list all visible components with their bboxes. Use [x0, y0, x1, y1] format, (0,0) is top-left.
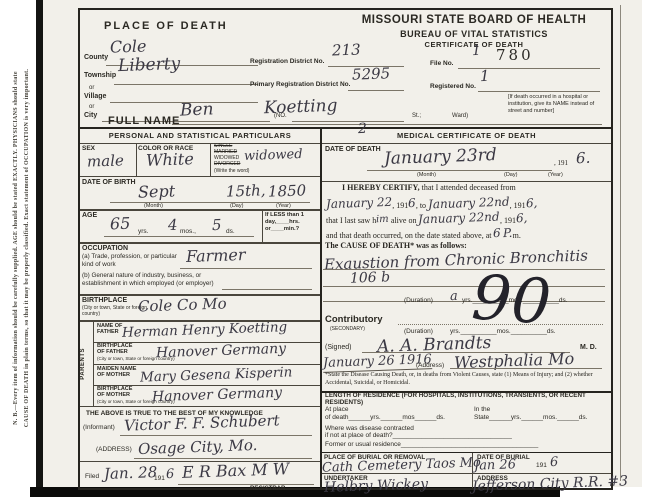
filed-year-printed: 191: [154, 475, 165, 482]
date-of-death-sep: , 191: [554, 160, 568, 168]
certify-lead-rest: that I attended deceased from: [420, 183, 516, 192]
county-value: Cole: [110, 37, 147, 56]
former-residence: Former or usual residence_______________…: [325, 441, 538, 448]
residence-at-line2: of death______yrs.______mos______ds.: [325, 414, 445, 421]
filed-row: Filed Jan. 28 191 6 E R Bax M W REGISTRA…: [80, 461, 320, 488]
attended-from-year: 6: [408, 196, 416, 210]
filed-date-value: Jan. 28: [104, 464, 158, 483]
age-row: AGE 65 yrs. 4 mos., 5 ds. If LESS than 1…: [80, 209, 320, 244]
residence-state-line2: State______yrs.______mos.______ds.: [474, 414, 587, 421]
residence-title: LENGTH OF RESIDENCE (FOR HOSPITALS, INST…: [325, 392, 603, 406]
lastsaw-mid: alive on: [389, 216, 419, 225]
certify-lead: I HEREBY CERTIFY,: [342, 183, 420, 192]
cause-code: 106 b: [350, 270, 391, 287]
registered-no-value: 1: [480, 68, 490, 85]
occurred-text: and that death occurred, on the date sta…: [326, 231, 493, 240]
dob-day-value: 15th,: [226, 182, 266, 200]
father-birthplace-label-2: OF FATHER: [97, 349, 128, 355]
lastsaw-year: 6,: [516, 211, 528, 225]
file-no-stamp: 780: [496, 46, 534, 64]
undertaker-row: UNDERTAKER Helbry Wickey ADDRESS Jeffers…: [322, 473, 611, 488]
full-name-first: Ben: [180, 100, 214, 120]
signed-address-rule: [450, 368, 602, 369]
county-label: County: [84, 54, 108, 62]
former-residence-row: Former or usual residence_______________…: [322, 440, 611, 452]
age-yrs-label: yrs.: [138, 228, 148, 235]
undertaker-address-cell: ADDRESS Jefferson City R.R. #3: [472, 474, 611, 488]
signed-label: (Signed): [325, 344, 351, 352]
lastsaw-pre: that I last saw h: [326, 216, 376, 225]
form-body: PERSONAL AND STATISTICAL PARTICULARS SEX…: [80, 127, 611, 488]
marital-cell: SINGLE MARRIED WIDOWED widowed DIVORCED …: [210, 143, 320, 177]
medical-certificate-column: MEDICAL CERTIFICATE OF DEATH 2 DATE OF D…: [322, 129, 611, 488]
occupation-a-rule: [180, 268, 312, 269]
city-no-rule: [292, 121, 404, 122]
city-ward-label: Ward): [452, 113, 468, 120]
occupation-label: OCCUPATION: [82, 245, 128, 253]
residence-at-line1: At place: [325, 406, 349, 413]
occupation-b-label: (b) General nature of industry, business…: [82, 272, 218, 287]
or-label-1: or: [89, 85, 94, 92]
primary-registration-rule: [348, 90, 404, 91]
mother-birthplace-label-2: OF MOTHER: [97, 392, 130, 398]
parents-side-cell: PARENTS: [80, 321, 94, 407]
printed-191-b: , 191: [510, 201, 526, 210]
cause-label: The CAUSE OF DEATH* was as follows:: [325, 242, 467, 251]
mother-birthplace-value: Hanover Germany: [152, 386, 283, 406]
age-note-cell: If LESS than 1 day,____hrs. or____min.?: [262, 210, 320, 243]
residence-title-row: LENGTH OF RESIDENCE (FOR HOSPITALS, INST…: [322, 391, 611, 406]
informant-address-value: Osage City, Mo.: [138, 437, 258, 458]
informant-label: (Informant): [83, 424, 115, 431]
age-rule: [104, 236, 254, 237]
age-note: If LESS than 1 day,____hrs. or____min.?: [265, 212, 317, 233]
village-label: Village: [84, 93, 106, 101]
informant-address-row: (ADDRESS) Osage City, Mo.: [80, 437, 320, 461]
age-days-value: 5: [212, 217, 222, 234]
age-label: AGE: [82, 212, 97, 220]
age-mos-label: mos.,: [180, 228, 196, 235]
certificate-form: PLACE OF DEATH MISSOURI STATE BOARD OF H…: [78, 8, 613, 490]
contributory-note: (SECONDARY): [330, 327, 365, 333]
race-value: White: [146, 150, 194, 170]
city-label: City: [84, 112, 97, 120]
dod-sub-year: (Year): [548, 172, 563, 178]
or-label-2: or: [89, 104, 94, 111]
registered-no-label: Registered No.: [430, 83, 476, 90]
date-of-death-value: January 23rd: [384, 146, 497, 169]
marital-divorced: DIVORCED: [214, 162, 240, 168]
attended-to-year: 6,: [525, 196, 537, 210]
dob-label: DATE OF BIRTH: [82, 179, 136, 187]
township-value: Liberty: [118, 55, 181, 76]
dod-sub-month: (Month): [417, 172, 436, 178]
paper-edge-line: [620, 5, 621, 481]
board-title: MISSOURI STATE BOARD OF HEALTH: [336, 14, 612, 27]
hospital-note: [If death occurred in a hospital or inst…: [508, 94, 604, 115]
primary-registration-value: 5295: [352, 65, 391, 83]
marital-value: widowed: [244, 148, 303, 165]
bureau-subtitle: BUREAU OF VITAL STATISTICS: [336, 29, 612, 39]
disease-contracted-row: Where was disease contracted if not at p…: [322, 425, 611, 440]
contracted-line2: if not at place of death?_______________…: [325, 432, 512, 439]
duration-label: (Duration): [404, 297, 433, 304]
occupation-row: OCCUPATION (a) Trade, profession, or par…: [80, 242, 320, 296]
dod-sub-day: (Day): [504, 172, 517, 178]
undertaker-cell: UNDERTAKER Helbry Wickey: [322, 474, 473, 488]
m-label: m.: [513, 231, 521, 240]
registrar-label: REGISTRAR: [250, 486, 285, 493]
burial-year-printed: 191: [536, 462, 547, 469]
sex-value: male: [87, 152, 124, 170]
father-name-value: Herman Henry Koetting: [122, 320, 288, 341]
birthplace-label: BIRTHPLACE: [82, 297, 127, 305]
sex-label: SEX: [82, 145, 95, 152]
dob-month-value: Sept: [138, 182, 176, 201]
stamp-number: 90: [470, 260, 554, 338]
contributory-label: Contributory: [325, 315, 383, 326]
scan-edge-bar: [36, 0, 43, 488]
burial-row: PLACE OF BURIAL OR REMOVAL Cath Cemetery…: [322, 452, 611, 474]
parents-block: PARENTS NAME OF FATHER Herman Henry Koet…: [80, 320, 320, 407]
marital-note: (Write the word): [214, 169, 249, 175]
mother-name-row: MAIDEN NAME OF MOTHER Mary Gesena Kisper…: [94, 364, 320, 386]
md-label: M. D.: [580, 344, 597, 352]
lastsaw-him: im: [376, 214, 389, 225]
margin-note-line1: N. B.—Every item of information should b…: [13, 33, 19, 463]
date-of-death-label: DATE OF DEATH: [325, 146, 381, 154]
personal-section-title: PERSONAL AND STATISTICAL PARTICULARS: [80, 129, 320, 144]
sex-cell: SEX male: [80, 143, 137, 177]
file-no-handwritten: 1: [472, 44, 481, 60]
occupation-a-label: (a) Trade, profession, or particular kin…: [82, 253, 180, 268]
registrar-signature: E R Bax M W: [182, 460, 290, 482]
mother-name-label-2: OF MOTHER: [97, 372, 130, 378]
informant-row: THE ABOVE IS TRUE TO THE BEST OF MY KNOW…: [80, 406, 320, 438]
dob-row: DATE OF BIRTH Sept 15th, 1850 (Month) (D…: [80, 176, 320, 211]
full-name-last: Koetting: [264, 97, 338, 119]
township-rule: [114, 84, 258, 85]
residence-state-line1: In the: [474, 406, 490, 413]
race-cell: COLOR OR RACE White: [136, 143, 211, 177]
filed-year-handwritten: 6: [166, 468, 175, 483]
full-name-label: FULL NAME: [108, 115, 180, 127]
margin-note-line2: CAUSE OF DEATH in plain terms, so that i…: [24, 33, 30, 463]
registration-district-value: 213: [332, 42, 361, 60]
full-name-rule: [172, 124, 602, 125]
death-hour-value: 6: [493, 226, 501, 240]
file-no-label: File No.: [430, 60, 453, 67]
informant-address-label: (ADDRESS): [96, 446, 132, 453]
date-of-death-year: 6.: [576, 150, 591, 167]
date-of-death-row: DATE OF DEATH January 23rd , 191 6. (Mon…: [322, 143, 611, 182]
father-birthplace-row: BIRTHPLACE OF FATHER (City or town, Stat…: [94, 342, 320, 365]
place-of-death-label: PLACE OF DEATH: [104, 20, 228, 32]
filed-label: Filed: [85, 473, 99, 480]
informant-value: Victor F. F. Schubert: [124, 412, 280, 434]
registered-no-rule: [478, 91, 600, 92]
age-months-value: 4: [168, 217, 178, 234]
footnote-row: *State the Disease Causing Death, or, in…: [322, 371, 611, 393]
primary-registration-label: Primary Registration District No.: [250, 81, 350, 88]
age-years-value: 65: [110, 215, 131, 234]
age-ds-label: ds.: [226, 228, 235, 235]
city-st-label: St.;: [412, 113, 421, 120]
lastsaw-value: January 22nd: [418, 210, 500, 227]
signed-address-label: (Address): [416, 362, 444, 369]
cause-of-death-block: The CAUSE OF DEATH* was as follows: Exau…: [322, 241, 611, 311]
scanned-death-certificate: N. B.—Every item of information should b…: [0, 0, 647, 500]
certification-block: I HEREBY CERTIFY, that I attended deceas…: [322, 181, 611, 241]
informant-rule: [120, 435, 312, 436]
cause-footnote: *State the Disease Causing Death, or, in…: [325, 372, 605, 387]
personal-particulars-column: PERSONAL AND STATISTICAL PARTICULARS SEX…: [80, 129, 322, 488]
birthplace-row: BIRTHPLACE (City or town, State or forei…: [80, 294, 320, 322]
duration-value: a: [450, 290, 458, 305]
registration-district-label: Registration District No.: [250, 58, 324, 65]
page-mark: 2: [358, 122, 367, 138]
father-birthplace-value: Hanover Germany: [156, 342, 287, 362]
to-label: , to: [416, 201, 426, 210]
printed-191-c: , 191: [500, 216, 516, 225]
date-of-death-rule: [367, 170, 552, 171]
death-ampm-value: P.: [503, 226, 513, 240]
mother-name-value: Mary Gesena Kisperin: [140, 365, 293, 385]
cause-rule-2: [323, 286, 605, 287]
burial-year-handwritten: 6: [550, 456, 559, 471]
contributory-row: Contributory (SECONDARY) (Duration) yrs.…: [322, 311, 611, 336]
occupation-b-rule: [222, 289, 312, 290]
attended-from-value: January 22: [326, 195, 393, 211]
township-label: Township: [84, 72, 116, 80]
birthplace-value: Cole Co Mo: [138, 295, 227, 315]
undertaker-address-value: Jefferson City R.R. #3: [472, 474, 629, 495]
occupation-a-value: Farmer: [186, 246, 246, 266]
signed-date-address-row: January 26 1916 (Address) Westphalia Mo: [322, 355, 611, 371]
burial-place-cell: PLACE OF BURIAL OR REMOVAL Cath Cemetery…: [322, 453, 473, 474]
father-name-row: NAME OF FATHER Herman Henry Koetting: [94, 321, 320, 343]
burial-date-value: Jan 26: [474, 458, 516, 474]
residence-values-row: At place of death______yrs.______mos____…: [322, 406, 611, 425]
dob-year-value: 1850: [268, 182, 307, 200]
registrar-rule: [178, 484, 314, 485]
burial-date-cell: DATE OF BURIAL Jan 26 191 6: [472, 453, 611, 474]
printed-191-a: , 191: [392, 201, 408, 210]
parents-side-label: PARENTS: [80, 348, 93, 380]
father-name-label-2: FATHER: [97, 329, 119, 335]
mother-birthplace-row: BIRTHPLACE OF MOTHER (City or town, Stat…: [94, 385, 320, 407]
